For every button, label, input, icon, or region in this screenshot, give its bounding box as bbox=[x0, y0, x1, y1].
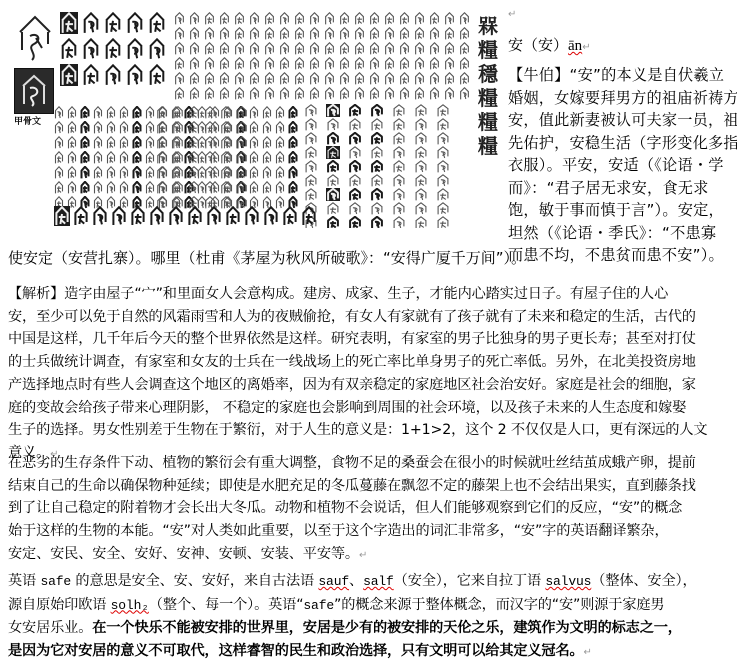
script-variant-glyph bbox=[156, 151, 168, 164]
script-variant-glyph bbox=[326, 160, 340, 173]
script-variant-glyph bbox=[436, 146, 450, 159]
script-variant-glyph bbox=[220, 166, 232, 179]
script-variant-glyph bbox=[80, 106, 90, 119]
script-variant-glyph bbox=[324, 57, 335, 70]
text-line: 女安居乐业。在一个快乐不能被安排的世界里，安居是少有的被安排的天伦之乐，建筑作为… bbox=[8, 617, 733, 640]
script-variant-glyph bbox=[414, 12, 425, 25]
script-variant-glyph bbox=[339, 27, 350, 40]
script-variant-glyph bbox=[234, 42, 245, 55]
script-variant-glyph bbox=[220, 151, 232, 164]
script-variant-glyph bbox=[309, 72, 320, 85]
english-etymology-paragraph: 英语 safe 的意思是安全、安、安好，来自古法语 sauf、salf（安全），… bbox=[8, 570, 733, 659]
script-variant-glyph bbox=[282, 206, 298, 226]
script-variant-glyph bbox=[249, 57, 260, 70]
script-variant-glyph bbox=[399, 87, 410, 100]
script-variant-glyph bbox=[60, 12, 78, 34]
paragraph-mark: ↵ bbox=[508, 9, 516, 20]
script-variant-glyph bbox=[132, 121, 142, 134]
script-variant-glyph bbox=[188, 136, 200, 149]
script-variant-glyph bbox=[262, 121, 272, 134]
script-variant-glyph bbox=[399, 42, 410, 55]
cursive-glyph: 糧 bbox=[476, 38, 500, 62]
script-variant-glyph bbox=[304, 146, 318, 159]
script-variant-glyph bbox=[429, 42, 440, 55]
script-variant-glyph bbox=[234, 72, 245, 85]
script-variant-glyph bbox=[204, 42, 215, 55]
script-variant-glyph bbox=[206, 206, 222, 226]
script-variant-glyph bbox=[219, 87, 230, 100]
spellcheck-word: salvus bbox=[545, 574, 591, 589]
text-fragment: ”的概念来源于整体概念，而汉字的“安”则源于家庭男 bbox=[334, 597, 664, 613]
script-variant-glyph bbox=[234, 87, 245, 100]
script-variant-glyph bbox=[220, 136, 232, 149]
script-variant-glyph bbox=[220, 121, 232, 134]
script-variant-glyph bbox=[444, 57, 455, 70]
text-line: 始于这样的生物的本能。“安”对人类如此重要，以至于这个字造出的词汇非常多，“安”… bbox=[8, 520, 733, 543]
script-variant-glyph bbox=[459, 87, 470, 100]
script-variant-glyph bbox=[187, 206, 203, 226]
script-variant-glyph bbox=[348, 202, 362, 215]
script-variant-glyph bbox=[399, 27, 410, 40]
text-line: 婚姻，女嫁要拜男方的祖庙祈祷方 bbox=[508, 87, 736, 110]
script-variant-glyph bbox=[172, 181, 184, 194]
script-variant-glyph bbox=[392, 202, 406, 215]
text-line: 中国是这样，几千年后今天的整个世界依然是这样。研究表明，有家室的男子比独身的男子… bbox=[8, 328, 733, 351]
script-variant-glyph bbox=[392, 160, 406, 173]
text-line: 源自原始印欧语 solh₂（整个、每一个）。英语“safe”的概念来源于整体概念… bbox=[8, 594, 733, 618]
script-variant-glyph bbox=[148, 64, 166, 86]
script-variant-glyph bbox=[279, 27, 290, 40]
script-variant-glyph bbox=[262, 136, 272, 149]
text-line: 是因为它对安居的意义不可取代，这样睿智的民生和政治选择，只有文明可以给其定义冠名… bbox=[8, 640, 733, 659]
script-variant-glyph bbox=[156, 106, 168, 119]
script-variant-glyph bbox=[279, 57, 290, 70]
script-variant-glyph bbox=[132, 106, 142, 119]
script-variant-glyph bbox=[126, 64, 144, 86]
text-line: 先佑护，安稳生活（字形变化多指 bbox=[508, 132, 736, 155]
script-variant-glyph bbox=[249, 72, 260, 85]
text-line: 生子的选择。男女性别差于生物在于繁衍，对于人生的意义是：1+1>2，这个 2 不… bbox=[8, 419, 733, 442]
text-line: 坦然（《论语・季氏》：“不患寡 bbox=[508, 222, 736, 245]
text-fragment: 女安居乐业。 bbox=[8, 620, 92, 636]
script-variant-glyph bbox=[309, 57, 320, 70]
script-variant-glyph bbox=[236, 136, 248, 149]
script-variant-glyph bbox=[189, 57, 200, 70]
script-variant-glyph bbox=[326, 118, 340, 131]
script-variant-glyph bbox=[204, 57, 215, 70]
script-variant-glyph bbox=[172, 121, 184, 134]
script-variant-glyph bbox=[54, 206, 70, 226]
script-variant-glyph bbox=[348, 174, 362, 187]
script-variant-glyph bbox=[188, 106, 200, 119]
script-variant-glyph bbox=[436, 188, 450, 201]
script-variant-glyph bbox=[326, 174, 340, 187]
script-variant-glyph bbox=[262, 106, 272, 119]
script-variant-glyph bbox=[204, 136, 216, 149]
text-line: 安，至少可以免于自然的风霜雨雪和人为的夜贼偷抢，有女人有家就有了孩子就有了未来和… bbox=[8, 306, 733, 329]
script-variant-glyph bbox=[249, 42, 260, 55]
english-word: safe bbox=[303, 598, 334, 613]
script-variant-glyph bbox=[324, 12, 335, 25]
script-variant-glyph bbox=[275, 181, 285, 194]
script-variant-glyph bbox=[264, 42, 275, 55]
script-variant-glyph bbox=[249, 106, 259, 119]
script-variant-glyph bbox=[354, 72, 365, 85]
text-line: 【解析】造字由屋子“宀”和里面女人会意构成。建房、成家、生子，才能内心踏实过日子… bbox=[8, 283, 733, 306]
script-variant-glyph bbox=[172, 106, 184, 119]
script-variant-glyph bbox=[80, 121, 90, 134]
script-variant-glyph bbox=[204, 151, 216, 164]
script-variant-glyph bbox=[54, 121, 64, 134]
script-variant-glyph bbox=[370, 174, 384, 187]
script-variant-glyph bbox=[369, 42, 380, 55]
script-variant-glyph bbox=[294, 87, 305, 100]
script-variant-glyph bbox=[392, 146, 406, 159]
script-variant-glyph bbox=[93, 121, 103, 134]
script-variant-glyph bbox=[204, 72, 215, 85]
script-variant-glyph bbox=[370, 202, 384, 215]
script-variant-glyph bbox=[264, 87, 275, 100]
script-variant-glyph bbox=[279, 72, 290, 85]
script-variant-glyph bbox=[236, 166, 248, 179]
script-variant-glyph bbox=[156, 136, 168, 149]
spellcheck-word: sauf bbox=[318, 574, 349, 589]
script-variant-glyph bbox=[326, 146, 340, 159]
script-variant-glyph bbox=[54, 166, 64, 179]
script-variant-glyph bbox=[429, 87, 440, 100]
script-variant-glyph bbox=[73, 206, 89, 226]
script-variant-glyph bbox=[92, 206, 108, 226]
script-variant-glyph bbox=[414, 216, 428, 228]
script-variant-glyph bbox=[429, 72, 440, 85]
script-variant-glyph bbox=[106, 121, 116, 134]
script-variant-glyph bbox=[111, 206, 127, 226]
script-variant-glyph bbox=[106, 106, 116, 119]
script-variant-glyph bbox=[148, 38, 166, 60]
text-line: 衣服）。平安，安适（《论语・学 bbox=[508, 154, 736, 177]
script-variant-glyph bbox=[384, 42, 395, 55]
script-variant-glyph bbox=[399, 72, 410, 85]
script-variant-glyph bbox=[174, 27, 185, 40]
script-variant-glyph bbox=[204, 181, 216, 194]
script-variant-glyph bbox=[234, 12, 245, 25]
text-line: 安，值此新妻被认可夫家一员，祖 bbox=[508, 109, 736, 132]
script-variant-glyph bbox=[436, 160, 450, 173]
script-variant-glyph bbox=[436, 104, 450, 117]
script-variant-glyph bbox=[279, 87, 290, 100]
text-line: 到了让自己稳定的附着物才会长出大冬瓜。动物和植物不会说话，但人们能够观察到它们的… bbox=[8, 497, 733, 520]
script-variant-glyph bbox=[370, 188, 384, 201]
text-line: 使安定（安营扎寨）。哪里（杜甫《茅屋为秋风所破歌》：“安得广厦千万间”）。 bbox=[8, 249, 526, 267]
script-variant-glyph bbox=[126, 38, 144, 60]
script-variant-glyph bbox=[326, 132, 340, 145]
script-variant-glyph bbox=[429, 27, 440, 40]
headword: 安（安） bbox=[508, 36, 568, 54]
script-variant-glyph bbox=[263, 206, 279, 226]
script-variant-glyph bbox=[369, 27, 380, 40]
script-variant-glyph bbox=[436, 216, 450, 228]
text-line: 而》：“君子居无求安，食无求 bbox=[508, 177, 736, 200]
script-variant-glyph bbox=[294, 12, 305, 25]
script-variant-glyph bbox=[348, 146, 362, 159]
oracle-bone-rubbing bbox=[14, 68, 54, 114]
analysis-paragraph: 【解析】造字由屋子“宀”和里面女人会意构成。建房、成家、生子，才能内心踏实过日子… bbox=[8, 283, 733, 467]
script-variant-glyph bbox=[80, 136, 90, 149]
script-variant-glyph bbox=[459, 72, 470, 85]
script-variant-glyph bbox=[369, 12, 380, 25]
script-variant-glyph bbox=[148, 12, 166, 34]
script-variant-glyph bbox=[119, 136, 129, 149]
ancient-script-figure: 甲骨文 槑 糧 穩 糧 糧 糧 bbox=[8, 6, 500, 228]
script-variant-glyph bbox=[304, 174, 318, 187]
script-variant-glyph bbox=[145, 136, 155, 149]
script-variant-glyph bbox=[288, 121, 298, 134]
script-variant-glyph bbox=[82, 12, 100, 34]
script-variant-glyph bbox=[301, 206, 317, 226]
script-variant-glyph bbox=[348, 118, 362, 131]
script-variant-glyph bbox=[249, 121, 259, 134]
script-variant-glyph bbox=[370, 118, 384, 131]
script-variant-glyph bbox=[80, 166, 90, 179]
script-variant-glyph bbox=[93, 181, 103, 194]
script-variant-glyph bbox=[172, 166, 184, 179]
script-variant-glyph bbox=[369, 57, 380, 70]
script-variant-glyph bbox=[156, 181, 168, 194]
script-variant-glyph bbox=[106, 151, 116, 164]
script-variant-glyph bbox=[264, 12, 275, 25]
script-variant-glyph bbox=[264, 57, 275, 70]
cursive-glyph: 糧 bbox=[476, 134, 500, 158]
cursive-glyph: 穩 bbox=[476, 62, 500, 86]
script-variant-glyph bbox=[67, 166, 77, 179]
text-fragment: 英语 bbox=[8, 573, 40, 589]
script-variant-glyph bbox=[60, 38, 78, 60]
script-variant-glyph bbox=[288, 106, 298, 119]
script-variant-glyph bbox=[219, 72, 230, 85]
script-variant-glyph bbox=[370, 146, 384, 159]
script-variant-glyph bbox=[392, 104, 406, 117]
script-variant-glyph bbox=[348, 216, 362, 228]
headword-line: 安（安）ān↵ bbox=[508, 35, 591, 58]
pinyin: ān bbox=[568, 38, 582, 54]
script-variant-glyph bbox=[67, 121, 77, 134]
script-variant-glyph bbox=[82, 64, 100, 86]
script-variant-glyph bbox=[204, 27, 215, 40]
script-variant-glyph bbox=[414, 42, 425, 55]
oracle-bone-label: 甲骨文 bbox=[14, 114, 41, 127]
script-variant-glyph bbox=[219, 42, 230, 55]
script-variant-glyph bbox=[249, 12, 260, 25]
script-variant-glyph bbox=[392, 188, 406, 201]
script-variant-glyph bbox=[309, 42, 320, 55]
text-line: 而患不均，不患贫而患不安”）。 bbox=[508, 244, 736, 267]
script-variant-glyph bbox=[249, 181, 259, 194]
script-variant-glyph bbox=[67, 106, 77, 119]
script-variant-glyph bbox=[249, 166, 259, 179]
script-variant-glyph bbox=[93, 151, 103, 164]
script-variant-glyph bbox=[459, 42, 470, 55]
script-variant-glyph bbox=[354, 12, 365, 25]
script-variant-glyph bbox=[54, 181, 64, 194]
script-variant-glyph bbox=[188, 121, 200, 134]
paragraph-mark: ↵ bbox=[359, 550, 367, 561]
text-line: 结束自己的生命以确保物种延续；即使是水肥充足的冬瓜蔓藤在飘忽不定的藤架上也不会结… bbox=[8, 475, 733, 498]
script-variant-glyph bbox=[339, 87, 350, 100]
script-variant-glyph bbox=[106, 136, 116, 149]
script-variant-glyph bbox=[436, 118, 450, 131]
oracle-glyph-large bbox=[16, 14, 54, 62]
text-line: 在恶劣的生存条件下动、植物的繁衍会有重大调整，食物不足的桑蚕会在很小的时候就吐丝… bbox=[8, 452, 733, 475]
script-variant-glyph bbox=[236, 181, 248, 194]
script-variant-glyph bbox=[174, 12, 185, 25]
script-variant-glyph bbox=[244, 206, 260, 226]
script-variant-glyph bbox=[288, 166, 298, 179]
script-variant-glyph bbox=[339, 12, 350, 25]
script-variant-glyph bbox=[67, 136, 77, 149]
script-variant-glyph bbox=[189, 42, 200, 55]
script-variant-glyph bbox=[339, 72, 350, 85]
text-fragment: 的意思是安全、安、安好，来自古法语 bbox=[71, 573, 318, 589]
script-variant-glyph bbox=[324, 87, 335, 100]
niubo-continuation: 使安定（安营扎寨）。哪里（杜甫《茅屋为秋风所破歌》：“安得广厦千万间”）。↵ bbox=[8, 248, 534, 271]
script-variant-glyph bbox=[459, 12, 470, 25]
script-variant-glyph bbox=[204, 87, 215, 100]
text-line: 【牛伯】“安”的本义是自伏羲立 bbox=[508, 64, 736, 87]
script-variant-glyph bbox=[132, 166, 142, 179]
script-variant-glyph bbox=[294, 57, 305, 70]
text-line: 英语 safe 的意思是安全、安、安好，来自古法语 sauf、salf（安全），… bbox=[8, 570, 733, 594]
script-variant-glyph bbox=[304, 188, 318, 201]
text-line: 庭的变故会给孩子带来心理阴影， 不稳定的家庭也会影响到周围的社会环境，以及孩子未… bbox=[8, 397, 733, 420]
script-variant-glyph bbox=[354, 87, 365, 100]
script-variant-glyph bbox=[249, 27, 260, 40]
script-variant-glyph bbox=[326, 104, 340, 117]
script-variant-glyph bbox=[444, 87, 455, 100]
english-word: safe bbox=[40, 574, 71, 589]
script-variant-glyph bbox=[384, 12, 395, 25]
script-variant-glyph bbox=[309, 12, 320, 25]
script-variant-glyph bbox=[204, 106, 216, 119]
script-variant-glyph bbox=[392, 216, 406, 228]
script-variant-glyph bbox=[219, 27, 230, 40]
cursive-glyph: 糧 bbox=[476, 110, 500, 134]
script-variant-glyph bbox=[67, 151, 77, 164]
script-variant-glyph bbox=[189, 27, 200, 40]
spellcheck-word: salf bbox=[363, 574, 394, 589]
script-variant-glyph bbox=[436, 174, 450, 187]
script-variant-glyph bbox=[204, 166, 216, 179]
script-variant-glyph bbox=[126, 12, 144, 34]
script-variant-glyph bbox=[444, 12, 455, 25]
script-variant-glyph bbox=[384, 27, 395, 40]
script-variant-glyph bbox=[294, 72, 305, 85]
script-variant-glyph bbox=[156, 166, 168, 179]
script-variant-glyph bbox=[204, 12, 215, 25]
script-variant-glyph bbox=[234, 27, 245, 40]
emphasis-text: 是因为它对安居的意义不可取代，这样睿智的民生和政治选择，只有文明可以给其定义冠名… bbox=[8, 643, 584, 659]
script-variant-glyph bbox=[304, 104, 318, 117]
script-variant-glyph bbox=[436, 132, 450, 145]
emphasis-text: 在一个快乐不能被安排的世界里，安居是少有的被安排的天伦之乐，建筑作为文明的标志之… bbox=[92, 620, 682, 636]
script-variant-glyph bbox=[392, 118, 406, 131]
text-fragment: 、 bbox=[349, 573, 363, 589]
script-variant-glyph bbox=[104, 12, 122, 34]
text-line: 安定、安民、安全、安好、安神、安顿、安装、平安等。↵ bbox=[8, 543, 733, 568]
script-variant-glyph bbox=[130, 206, 146, 226]
script-variant-glyph bbox=[459, 57, 470, 70]
script-variant-glyph bbox=[294, 27, 305, 40]
script-variant-glyph bbox=[444, 42, 455, 55]
script-variant-glyph bbox=[119, 166, 129, 179]
script-variant-glyph bbox=[234, 57, 245, 70]
script-variant-glyph bbox=[392, 174, 406, 187]
script-variant-glyph bbox=[288, 181, 298, 194]
script-variant-glyph bbox=[174, 87, 185, 100]
cursive-glyph: 槑 bbox=[476, 14, 500, 38]
script-variant-glyph bbox=[220, 181, 232, 194]
script-variant-glyph bbox=[429, 12, 440, 25]
script-variant-glyph bbox=[188, 151, 200, 164]
text-fragment: 源自原始印欧语 bbox=[8, 597, 111, 613]
script-variant-glyph bbox=[80, 181, 90, 194]
script-variant-glyph bbox=[288, 136, 298, 149]
script-variant-glyph bbox=[54, 136, 64, 149]
script-variant-glyph bbox=[104, 64, 122, 86]
script-variant-glyph bbox=[145, 151, 155, 164]
script-variant-glyph bbox=[204, 121, 216, 134]
script-variant-glyph bbox=[275, 166, 285, 179]
script-variant-glyph bbox=[145, 181, 155, 194]
script-variant-glyph bbox=[93, 166, 103, 179]
script-variant-glyph bbox=[414, 188, 428, 201]
script-variant-glyph bbox=[145, 121, 155, 134]
script-variant-glyph bbox=[168, 206, 184, 226]
script-variant-glyph bbox=[236, 121, 248, 134]
script-variant-glyph bbox=[414, 72, 425, 85]
script-variant-glyph bbox=[326, 216, 340, 228]
script-variant-glyph bbox=[384, 57, 395, 70]
script-variant-glyph bbox=[324, 72, 335, 85]
script-variant-glyph bbox=[369, 87, 380, 100]
script-variant-glyph bbox=[119, 106, 129, 119]
script-variant-glyph bbox=[275, 136, 285, 149]
script-variant-glyph bbox=[119, 181, 129, 194]
script-variant-glyph bbox=[348, 160, 362, 173]
script-variant-glyph bbox=[304, 118, 318, 131]
script-variant-glyph bbox=[414, 160, 428, 173]
script-variant-glyph bbox=[119, 151, 129, 164]
script-variant-glyph bbox=[326, 202, 340, 215]
script-variant-glyph bbox=[414, 57, 425, 70]
script-variant-glyph bbox=[174, 72, 185, 85]
script-variant-glyph bbox=[219, 57, 230, 70]
script-variant-glyph bbox=[174, 57, 185, 70]
script-variant-glyph bbox=[348, 104, 362, 117]
script-variant-glyph bbox=[236, 106, 248, 119]
spellcheck-word: solh₂ bbox=[111, 598, 149, 613]
script-variant-glyph bbox=[304, 160, 318, 173]
nature-paragraph: 在恶劣的生存条件下动、植物的繁衍会有重大调整，食物不足的桑蚕会在很小的时候就吐丝… bbox=[8, 452, 733, 568]
text-line: 产选择地点时有些人会调查这个地区的离婚率，因为有双亲稳定的家庭地区社会治安好。家… bbox=[8, 374, 733, 397]
script-variant-glyph bbox=[262, 151, 272, 164]
text-fragment: （安全），它来自拉丁语 bbox=[394, 573, 546, 589]
script-variant-glyph bbox=[414, 118, 428, 131]
script-variant-glyph bbox=[189, 87, 200, 100]
script-variant-glyph bbox=[414, 27, 425, 40]
cursive-variants-column: 槑 糧 穩 糧 糧 糧 bbox=[476, 14, 500, 158]
script-variant-glyph bbox=[67, 181, 77, 194]
paragraph-mark: ↵ bbox=[584, 647, 592, 658]
